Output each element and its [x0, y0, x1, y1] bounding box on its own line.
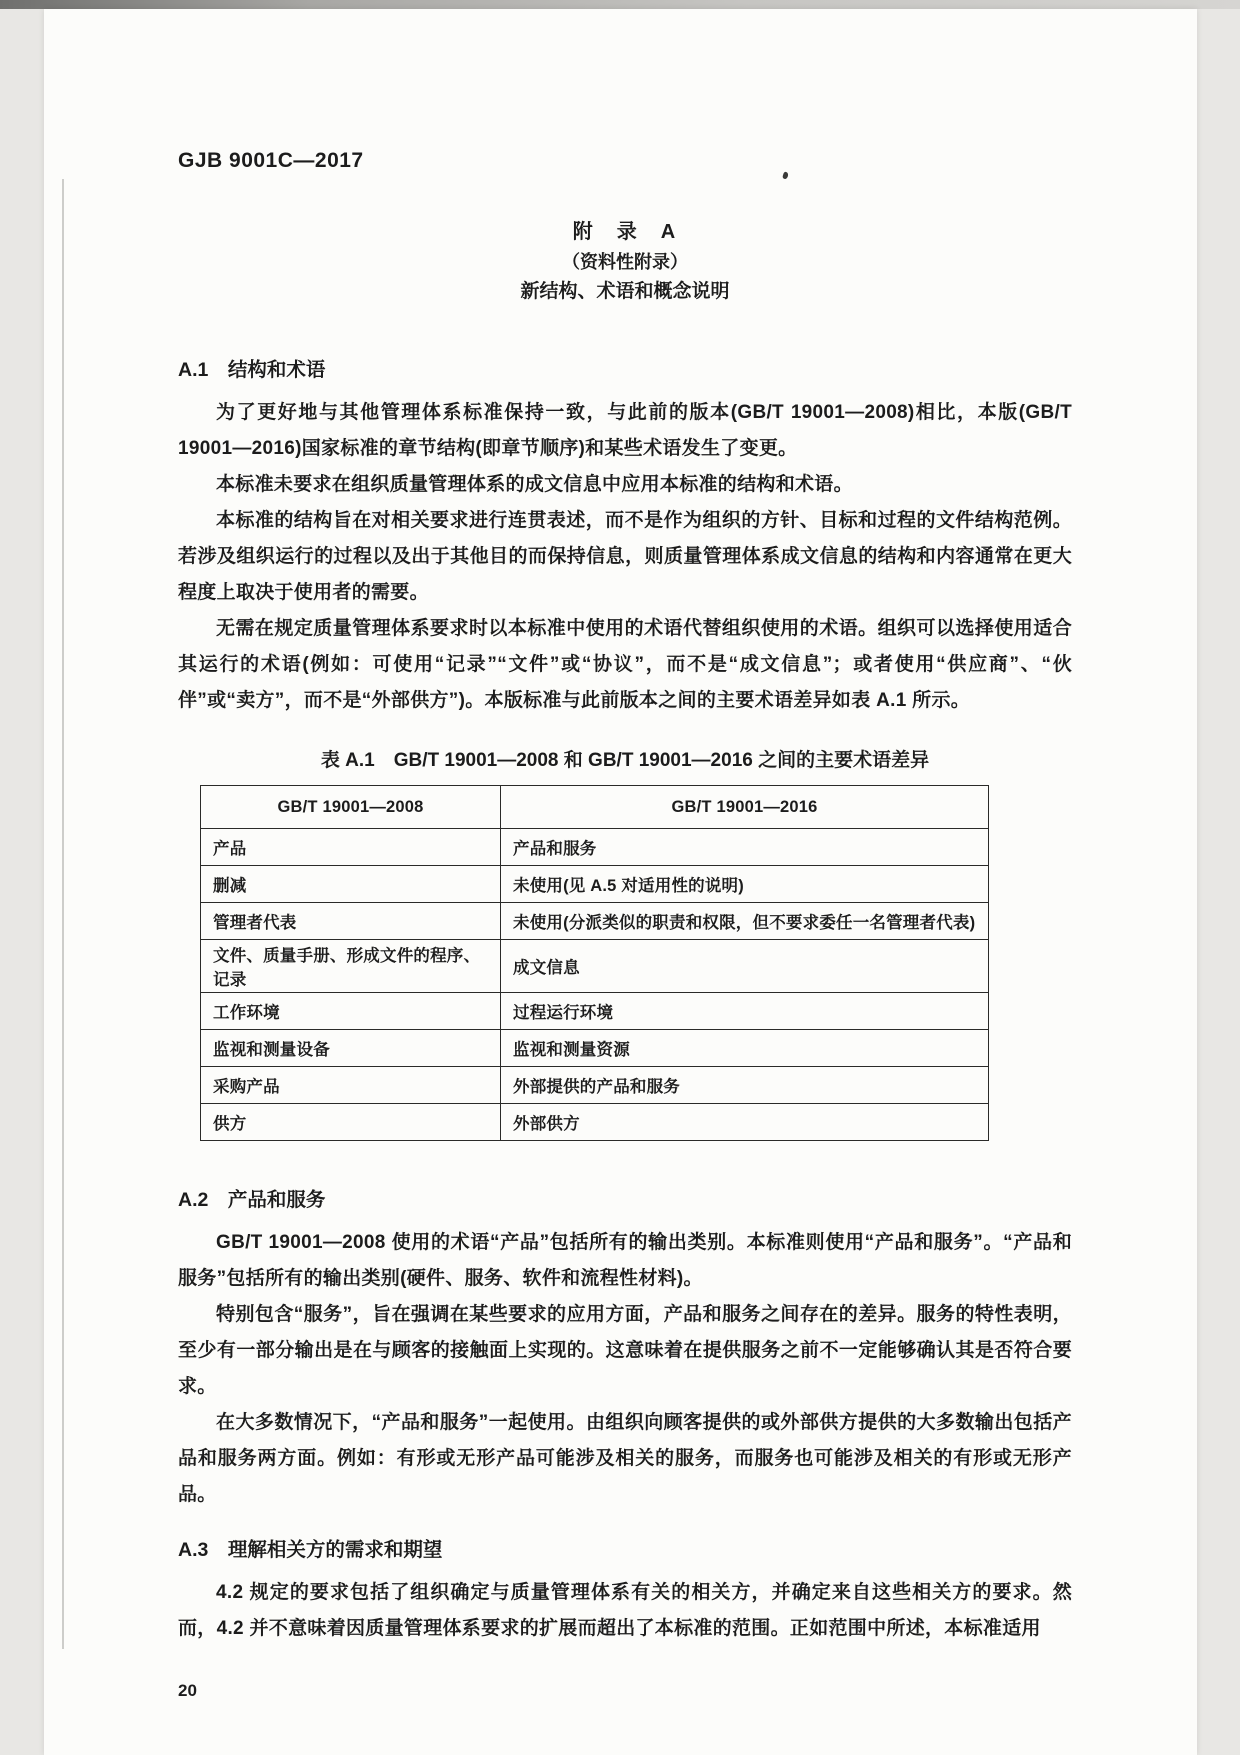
term-old: 工作环境: [201, 993, 501, 1030]
table-header-old: GB/T 19001—2008: [201, 786, 501, 829]
table-row: 文件、质量手册、形成文件的程序、记录 成文信息: [201, 940, 989, 993]
scan-margin-line: [62, 179, 64, 1649]
paragraph: 特别包含“服务”，旨在强调在某些要求的应用方面，产品和服务之间存在的差异。服务的…: [178, 1297, 1072, 1405]
term-old: 产品: [201, 829, 501, 866]
document-page: GJB 9001C—2017 附 录 A （资料性附录） 新结构、术语和概念说明…: [44, 9, 1197, 1755]
section-a1-body: 为了更好地与其他管理体系标准保持一致，与此前的版本(GB/T 19001—200…: [178, 395, 1072, 719]
table-header-new: GB/T 19001—2016: [501, 786, 989, 829]
section-a2-body: GB/T 19001—2008 使用的术语“产品”包括所有的输出类别。本标准则使…: [178, 1225, 1072, 1513]
term-old: 供方: [201, 1104, 501, 1141]
table-row: 管理者代表 未使用(分派类似的职责和权限，但不要求委任一名管理者代表): [201, 903, 989, 940]
appendix-subtitle: （资料性附录）: [178, 247, 1072, 277]
table-row: 产品 产品和服务: [201, 829, 989, 866]
appendix-title: 附 录 A: [178, 217, 1072, 247]
table-row: 监视和测量设备 监视和测量资源: [201, 1030, 989, 1067]
paragraph: 为了更好地与其他管理体系标准保持一致，与此前的版本(GB/T 19001—200…: [178, 395, 1072, 467]
term-old: 管理者代表: [201, 903, 501, 940]
table-caption: 表 A.1 GB/T 19001—2008 和 GB/T 19001—2016 …: [178, 745, 1072, 772]
table-row: 删减 未使用(见 A.5 对适用性的说明): [201, 866, 989, 903]
table-row: 采购产品 外部提供的产品和服务: [201, 1067, 989, 1104]
table-header-row: GB/T 19001—2008 GB/T 19001—2016: [201, 786, 989, 829]
term-new: 监视和测量资源: [501, 1030, 989, 1067]
section-a3-body: 4.2 规定的要求包括了组织确定与质量管理体系有关的相关方，并确定来自这些相关方…: [178, 1575, 1072, 1647]
appendix-title-block: 附 录 A （资料性附录） 新结构、术语和概念说明: [178, 217, 1072, 307]
term-new: 外部提供的产品和服务: [501, 1067, 989, 1104]
term-new: 外部供方: [501, 1104, 989, 1141]
paragraph: 本标准的结构旨在对相关要求进行连贯表述，而不是作为组织的方针、目标和过程的文件结…: [178, 503, 1072, 611]
paragraph: 在大多数情况下，“产品和服务”一起使用。由组织向顾客提供的或外部供方提供的大多数…: [178, 1405, 1072, 1513]
document-number: GJB 9001C—2017: [178, 149, 1072, 173]
scan-top-edge: [0, 0, 1240, 9]
appendix-subject: 新结构、术语和概念说明: [178, 277, 1072, 307]
term-old: 文件、质量手册、形成文件的程序、记录: [201, 940, 501, 993]
term-old: 删减: [201, 866, 501, 903]
term-new: 成文信息: [501, 940, 989, 993]
paragraph: GB/T 19001—2008 使用的术语“产品”包括所有的输出类别。本标准则使…: [178, 1225, 1072, 1297]
table-row: 工作环境 过程运行环境: [201, 993, 989, 1030]
term-old: 采购产品: [201, 1067, 501, 1104]
page-number: 20: [178, 1681, 1072, 1701]
paragraph: 无需在规定质量管理体系要求时以本标准中使用的术语代替组织使用的术语。组织可以选择…: [178, 611, 1072, 719]
section-heading-a1: A.1 结构和术语: [178, 357, 1072, 383]
terminology-table: GB/T 19001—2008 GB/T 19001—2016 产品 产品和服务…: [200, 785, 989, 1141]
term-old: 监视和测量设备: [201, 1030, 501, 1067]
term-new: 未使用(分派类似的职责和权限，但不要求委任一名管理者代表): [501, 903, 989, 940]
section-heading-a2: A.2 产品和服务: [178, 1187, 1072, 1213]
term-new: 未使用(见 A.5 对适用性的说明): [501, 866, 989, 903]
term-new: 产品和服务: [501, 829, 989, 866]
table-row: 供方 外部供方: [201, 1104, 989, 1141]
paragraph: 4.2 规定的要求包括了组织确定与质量管理体系有关的相关方，并确定来自这些相关方…: [178, 1575, 1072, 1647]
paragraph: 本标准未要求在组织质量管理体系的成文信息中应用本标准的结构和术语。: [178, 467, 1072, 503]
section-heading-a3: A.3 理解相关方的需求和期望: [178, 1537, 1072, 1563]
term-new: 过程运行环境: [501, 993, 989, 1030]
page-content: GJB 9001C—2017 附 录 A （资料性附录） 新结构、术语和概念说明…: [178, 9, 1072, 1701]
